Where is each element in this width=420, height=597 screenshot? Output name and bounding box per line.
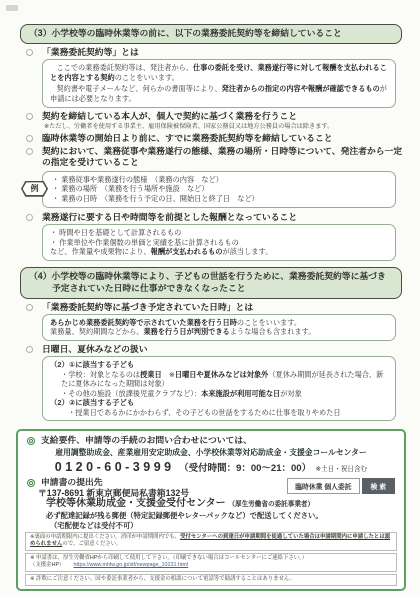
- text-segment: が該当します。: [223, 247, 273, 256]
- example-badge-icon: 例: [21, 181, 48, 197]
- scheduled-time-line: あらかじめ業務委託契約等で示されていた業務を行う日時のことをいいます。: [50, 318, 388, 328]
- circle-bullet-icon: [26, 135, 33, 142]
- phone-row: 0120-60-3999 （受付時間：9：00～21：00） ※土日・祝日含む: [25, 458, 397, 476]
- circle-bullet-icon: [26, 49, 33, 56]
- text-segment: のことをいいます。: [237, 318, 301, 327]
- holiday-line-facility: ・その他の施設（放課後児童クラブなど）：本来施設が利用可能な日が対象: [50, 389, 388, 398]
- circle-bullet-icon: [26, 346, 33, 353]
- example-line: ・ 業務の日時 （業務を行う予定の日、開始日と終了日 など）: [52, 194, 388, 204]
- holiday-box: （2）①に該当する子ども ・学校：対象となるのは授業日 ※日曜日や夏休みなどは対…: [42, 356, 396, 421]
- double-circle-bullet-icon: [27, 479, 35, 487]
- contact-box: 支給要件、申請等の手続のお問い合わせについては、 雇用調整助成金、産業雇用安定助…: [16, 429, 406, 591]
- phone-hours-note: ※土日・祝日含む: [316, 466, 368, 473]
- holiday-subheading-1: （2）①に該当する子ども: [50, 360, 388, 370]
- section-3-header: （3）小学校等の臨時休業等の前に、以下の業務委託契約等を締結していること: [20, 24, 402, 44]
- text-segment-bold: 本来施設が利用可能な日: [201, 389, 280, 398]
- text-segment-bold: 業務を行う日が判別できる: [143, 327, 229, 336]
- reception-center-note: （厚生労働省の委託事業者）: [228, 501, 314, 508]
- scheduled-time-heading: 「業務委託契約等に基づき予定されていた日時」とは: [42, 302, 253, 313]
- mailing-restriction: （宅配便などは受付不可）: [50, 521, 397, 530]
- example-box-wrapper: 例 ・ 業務従事や業務遂行の態様 （業務の内容 など） ・ 業務の場所 （業務を…: [42, 171, 396, 208]
- fine-print-form-line2: （支援金HP）https://www.mhlw.go.jp/stf/newpag…: [30, 562, 392, 569]
- section-4-header: （4）小学校等の臨時休業等により、子どもの世話を行うために、業務委託契約等に基づ…: [20, 267, 402, 299]
- scheduled-time-box: あらかじめ業務委託契約等で示されていた業務を行う日時のことをいいます。 業務量、…: [42, 314, 396, 341]
- text-segment: ので、ご留意ください。: [62, 541, 121, 547]
- circle-bullet-icon: [26, 148, 33, 155]
- personal-contract-bullet-row: 契約を締結している本人が、個人で契約に基づく業務を行うこと: [26, 111, 406, 122]
- text-segment: など、作業量や成果物により、: [50, 247, 151, 256]
- text-segment-bold: 報酬が支払われるもの: [151, 247, 223, 256]
- phone-hours: （受付時間：9：00～21：00）: [179, 463, 311, 474]
- scan-artifact: [6, 5, 18, 11]
- definition-bullet-row: 「業務委託契約等」とは: [26, 47, 406, 58]
- submit-heading: 申請書の提出先: [41, 477, 103, 488]
- holiday-line-school: ・学校：対象となるのは授業日 ※日曜日や夏休みなどは対象外（夏休み期間が延長され…: [50, 370, 388, 389]
- text-segment-bold: 授業日: [140, 370, 162, 379]
- text-segment: ような場合も含まれます。: [230, 327, 316, 336]
- reception-center-label: 学校等休業助成金・支援金受付センター: [46, 498, 226, 509]
- text-segment: のことをいいます。: [115, 73, 179, 82]
- contact-heading-row: 支給要件、申請等の手続のお問い合わせについては、: [25, 435, 397, 446]
- text-segment: ・その他の施設（放課後児童クラブなど）：: [61, 389, 201, 398]
- phone-number: 0120-60-3999: [55, 460, 175, 474]
- circle-bullet-icon: [26, 214, 33, 221]
- before-closure-text: 臨時休業等の開始日より前に、すでに業務委託契約等を締結していること: [42, 133, 333, 144]
- reward-bullet-row: 業務遂行に要する日や時間等を前提とした報酬となっていること: [26, 212, 406, 223]
- fine-print-deadline: ※裏面の申請期限内に提出ください。消印が申請期間内でも、受付センターへの到達日が…: [25, 532, 397, 551]
- example-line: ・ 業務の場所 （業務を行う場所や施設 など）: [52, 184, 388, 194]
- scheduled-time-line: 業務量、契約期間などから、業務を行う日が判別できるような場合も含まれます。: [50, 327, 388, 337]
- submit-heading-row: 申請書の提出先 臨時休業 個人委託 検 索: [25, 477, 397, 488]
- text-segment-bold: 発注者からの指定の内容や報酬が確認できるもの: [222, 84, 380, 93]
- definition-paragraph-2: 契約書や電子メールなど、何らかの書面等により、発注者からの指定の内容や報酬が確認…: [50, 84, 388, 103]
- fine-print-form: ※ 申請書は、厚生労働省HPから印刷して使用して下さい。（印刷できない場合はコー…: [25, 553, 397, 572]
- text-segment: ※裏面の申請期限内に提出ください。消印が申請期間内でも、: [30, 534, 180, 540]
- example-box: ・ 業務従事や業務遂行の態様 （業務の内容 など） ・ 業務の場所 （業務を行う…: [42, 171, 396, 208]
- reward-box: ・ 時間や日を基礎として計算されるもの ・ 作業単位や作業個数の単価と実績を基に…: [42, 224, 396, 261]
- section-3-title: （3）小学校等の臨時休業等の前に、以下の業務委託契約等を締結していること: [29, 28, 393, 40]
- reward-line: ・ 時間や日を基礎として計算されるもの: [50, 228, 388, 238]
- example-line: ・ 業務従事や業務遂行の態様 （業務の内容 など）: [52, 175, 388, 185]
- circle-bullet-icon: [26, 113, 33, 120]
- holiday-line-child2: ・授業日であるかにかかわらず、その子どもの世話をするために仕事を取りやめた日: [50, 408, 388, 417]
- text-segment: 契約書や電子メールなど、何らかの書面等により、: [56, 84, 221, 93]
- scanned-document-page: （3）小学校等の臨時休業等の前に、以下の業務委託契約等を締結していること 「業務…: [0, 0, 420, 597]
- text-segment: ここでの業務委託契約等は、発注者から、: [56, 63, 193, 72]
- text-segment: ※: [162, 370, 175, 379]
- definition-paragraph-1: ここでの業務委託契約等は、発注者から、仕事の委託を受け、業務遂行等に対して報酬を…: [50, 63, 388, 82]
- support-hp-link[interactable]: https://www.mhlw.go.jp/stf/newpage_10231…: [73, 562, 188, 568]
- contact-heading: 支給要件、申請等の手続のお問い合わせについては、: [41, 435, 252, 446]
- circle-bullet-icon: [26, 304, 33, 311]
- personal-contract-note: ※ただし、労働者を使用する事業主、雇用保険被保険者、国家公務員又は地方公務員の場…: [44, 123, 406, 131]
- reward-line: など、作業量や成果物により、報酬が支払われるものが該当します。: [50, 247, 388, 257]
- search-button: 検 索: [362, 478, 395, 494]
- mailing-instruction: 必ず配達記録が残る郵便（特定記録郵便やレターパックなど）で配送してください。: [46, 511, 397, 520]
- specified-terms-text: 契約において、業務従事や業務遂行の態様、業務の場所・日時等について、発注者から一…: [42, 146, 406, 168]
- example-badge-label: 例: [23, 182, 47, 195]
- text-segment: 業務量、契約期間などから、: [50, 327, 143, 336]
- personal-contract-text: 契約を締結している本人が、個人で契約に基づく業務を行うこと: [42, 111, 297, 122]
- reward-line: ・ 作業単位や作業個数の単価と実績を基に計算されるもの: [50, 238, 388, 248]
- text-segment: ・学校：対象となるのは: [61, 370, 140, 379]
- text-segment-bold: 日曜日や夏休みなどは対象外: [175, 370, 268, 379]
- specified-terms-bullet-row: 契約において、業務従事や業務遂行の態様、業務の場所・日時等について、発注者から一…: [26, 146, 406, 168]
- definition-heading: 「業務委託契約等」とは: [42, 47, 139, 58]
- definition-box: ここでの業務委託契約等は、発注者から、仕事の委託を受け、業務遂行等に対して報酬を…: [42, 59, 396, 108]
- support-hp-label: （支援金HP）: [30, 562, 64, 568]
- text-segment: が対象: [280, 389, 302, 398]
- before-closure-bullet-row: 臨時休業等の開始日より前に、すでに業務委託契約等を締結していること: [26, 133, 406, 144]
- reception-center-name: 学校等休業助成金・支援金受付センター （厚生労働省の委託事業者）: [46, 498, 397, 510]
- holiday-heading: 日曜日、夏休みなどの扱い: [42, 344, 148, 355]
- reward-text: 業務遂行に要する日や時間等を前提とした報酬となっていること: [42, 212, 297, 223]
- section-4-title: （4）小学校等の臨時休業等により、子どもの世話を行うために、業務委託契約等に基づ…: [29, 271, 393, 295]
- search-widget: 臨時休業 個人委託 検 索: [287, 478, 395, 494]
- fine-print-fraud-warning: ※ 詐欺にご注意ください。国や委託事業者から、支援金の相談について電話等で勧誘す…: [25, 574, 397, 586]
- holiday-bullet-row: 日曜日、夏休みなどの扱い: [26, 344, 406, 355]
- call-center-name: 雇用調整助成金、産業雇用安定助成金、小学校休業等対応助成金・支援金コールセンター: [25, 447, 397, 458]
- holiday-subheading-2: （2）②に該当する子ども: [50, 398, 388, 408]
- text-segment-bold: あらかじめ業務委託契約等で示されていた業務を行う日時: [50, 318, 237, 327]
- scheduled-time-bullet-row: 「業務委託契約等に基づき予定されていた日時」とは: [26, 302, 406, 313]
- double-circle-bullet-icon: [27, 437, 35, 445]
- search-input: 臨時休業 個人委託: [287, 478, 359, 494]
